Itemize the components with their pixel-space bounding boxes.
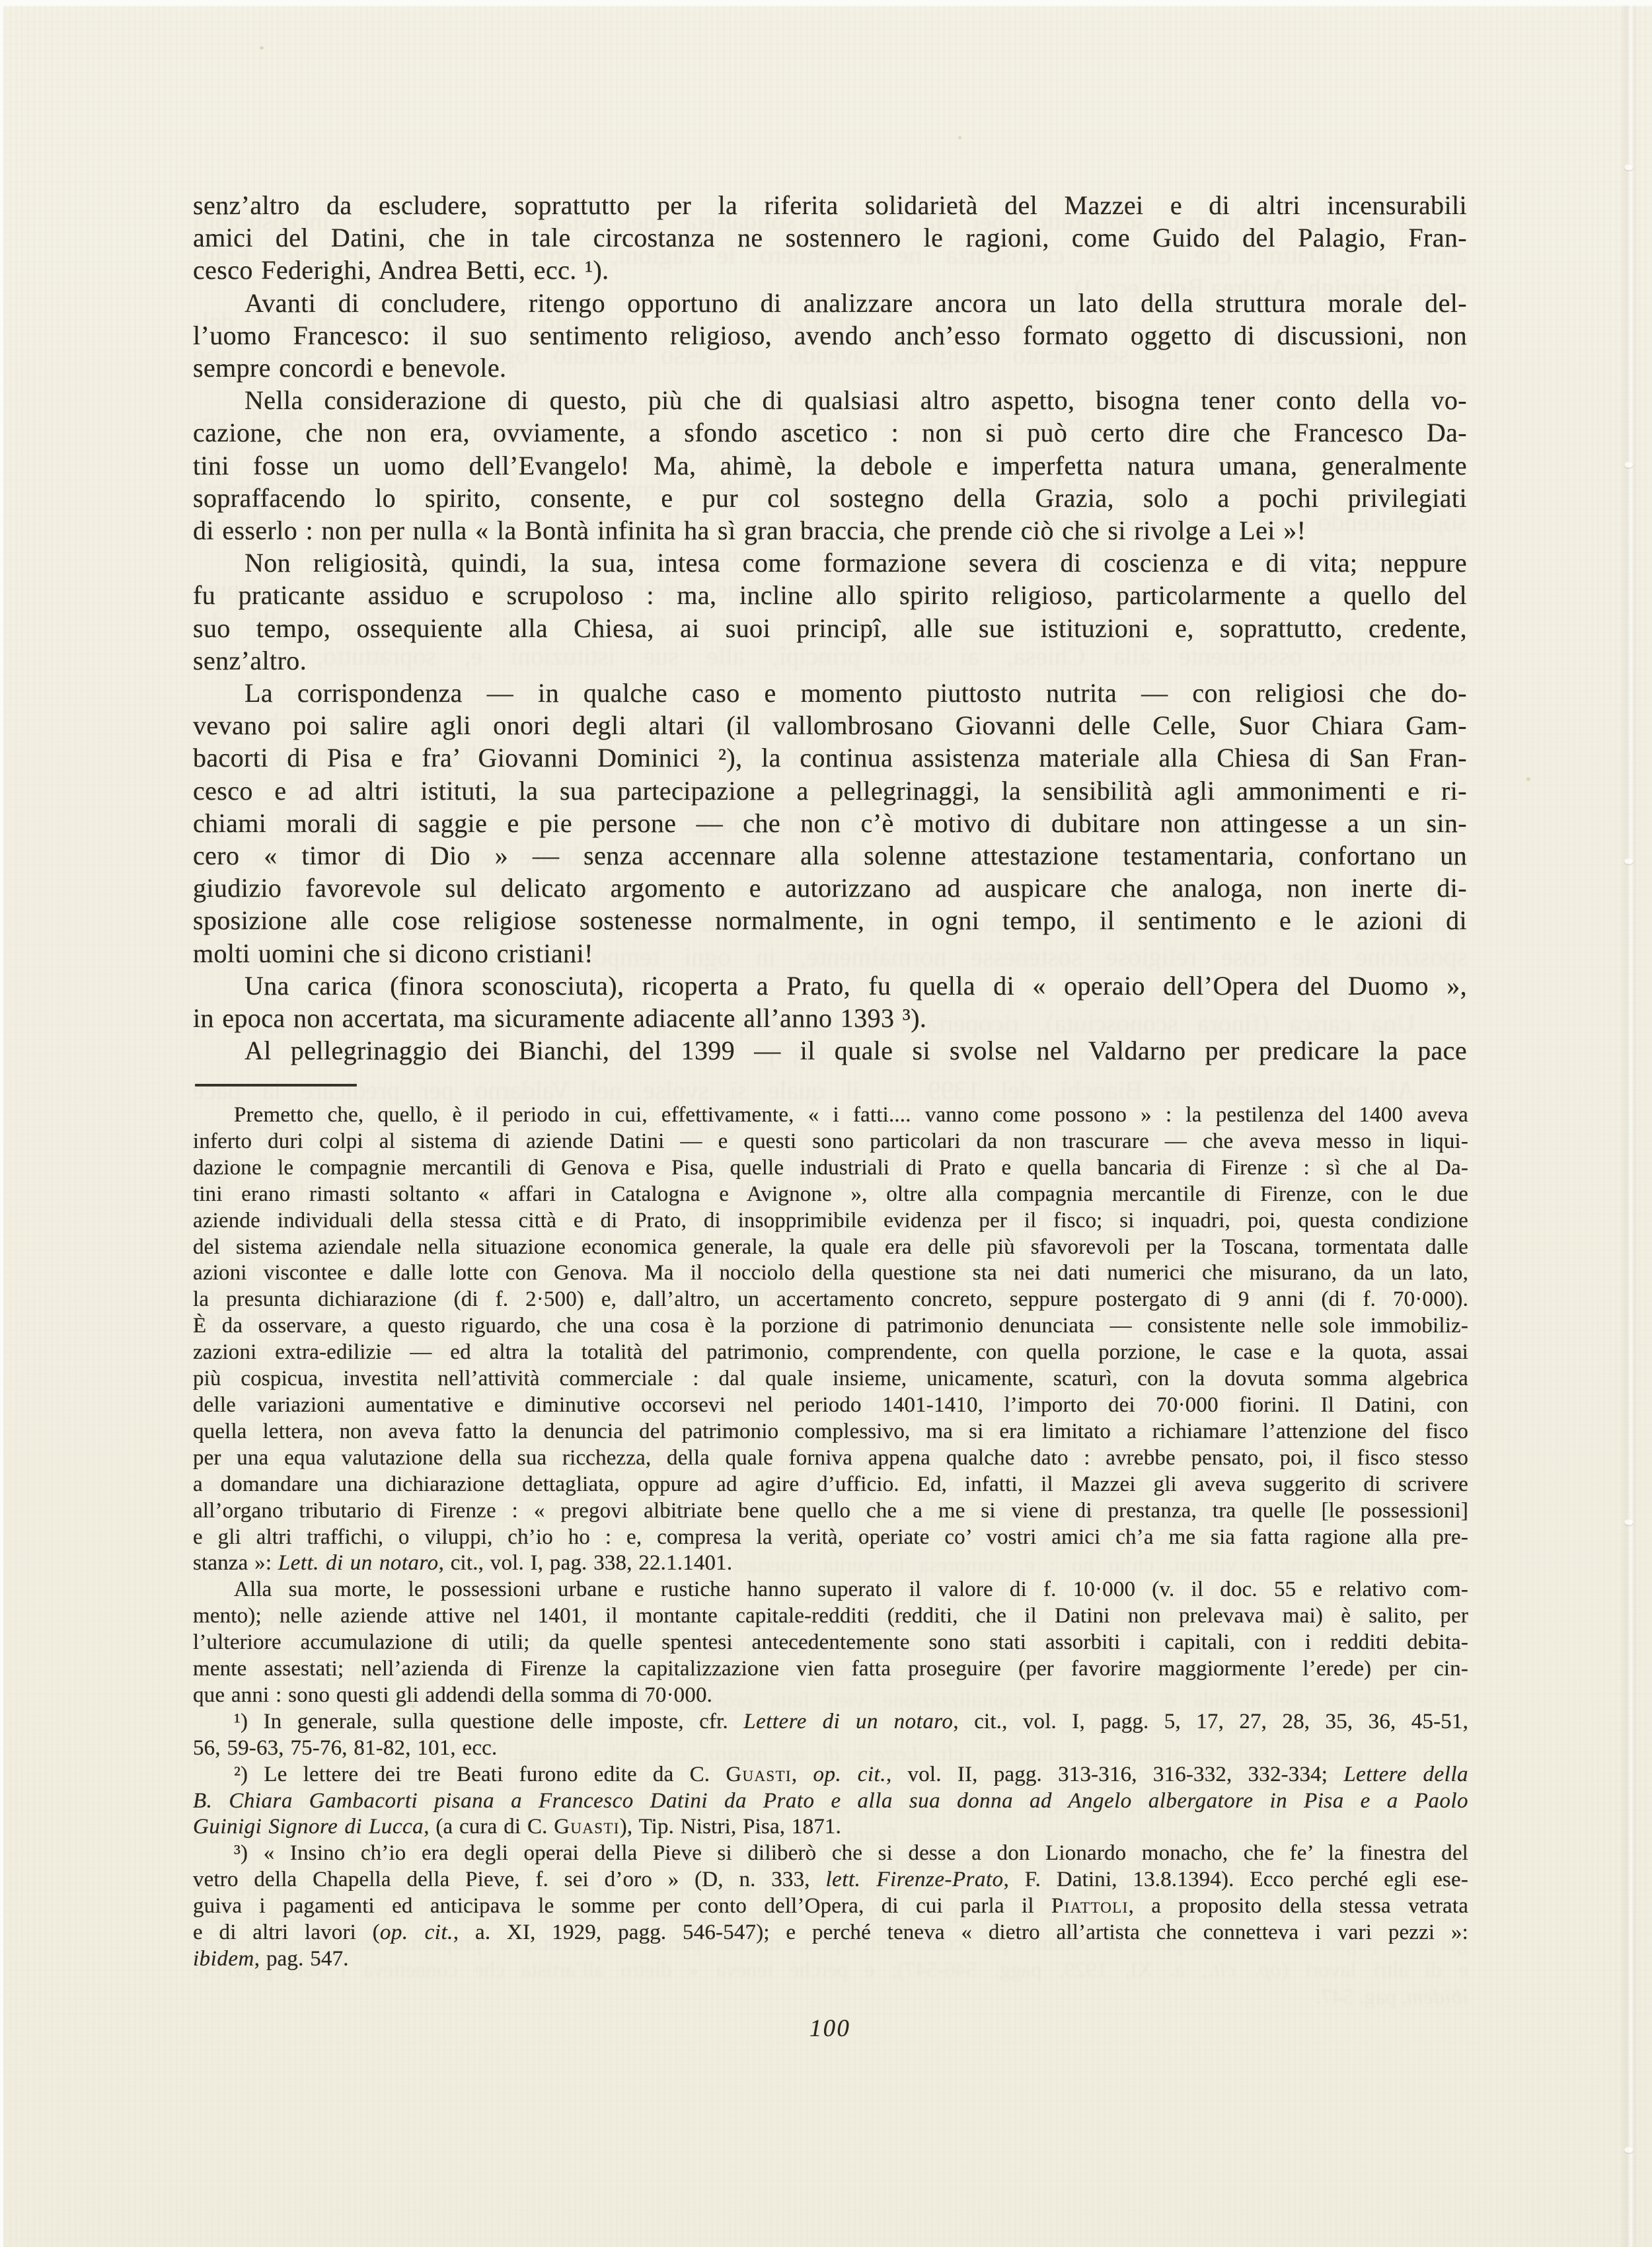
paragraph: La corrispondenza — in qualche caso e mo… [193, 677, 1467, 970]
text-line: mente assestati; nell’azienda di Firenze… [193, 1656, 1468, 1683]
text-line: la presunta dichiarazione (di f. 2·500) … [193, 1287, 1468, 1313]
paragraph: Nella considerazione di questo, più che … [193, 384, 1467, 547]
text-line: vetro della Chapella della Pieve, f. sei… [193, 1867, 1468, 1893]
text-line: zazioni extra-edilizie — ed altra la tot… [193, 1340, 1468, 1366]
text-line: cesco e ad altri istituti, la sua partec… [193, 775, 1467, 807]
text-line: senz’altro da escludere, soprattutto per… [193, 189, 1467, 221]
text-line: senz’altro. [193, 644, 1467, 677]
book-page: senz’altro da escludere, soprattutto per… [3, 5, 1652, 2247]
text-line: a domandare una dichiarazione dettagliat… [193, 1472, 1468, 1498]
paragraph: Una carica (finora sconosciuta), ricoper… [193, 970, 1467, 1034]
foxing-speck [412, 1705, 414, 1708]
text-line: ibidem, pag. 547. [193, 1946, 1468, 1973]
text-line: e gli altri traffichi, o viluppi, ch’io … [193, 1525, 1468, 1551]
paragraph: Al pellegrinaggio dei Bianchi, del 1399 … [193, 1034, 1467, 1067]
text-line: ³) « Insino ch’io era degli operai della… [193, 1841, 1468, 1867]
text-line: suo tempo, ossequiente alla Chiesa, ai s… [193, 612, 1467, 644]
text-line: chiami morali di saggie e pie persone — … [193, 807, 1467, 839]
footnote-block: Alla sua morte, le possessioni urbane e … [193, 1577, 1468, 1709]
text-line: 56, 59-63, 75-76, 81-82, 101, ecc. [193, 1735, 1468, 1762]
main-text-column: senz’altro da escludere, soprattutto per… [193, 189, 1467, 1067]
text-line: Guinigi Signore di Lucca, (a cura di C. … [193, 1814, 1468, 1841]
text-line: dazione le compagnie mercantili di Genov… [193, 1155, 1468, 1182]
stitch-mark [1624, 164, 1633, 171]
text-line: B. Chiara Gambacorti pisana a Francesco … [193, 1788, 1468, 1815]
text-line: vevano poi salire agli onori degli altar… [193, 709, 1467, 742]
text-line: ¹) In generale, sulla questione delle im… [193, 1709, 1468, 1735]
text-line: in epoca non accertata, ma sicuramente a… [193, 1002, 1467, 1034]
paragraph: Non religiosità, quindi, la sua, intesa … [193, 547, 1467, 677]
text-line: Una carica (finora sconosciuta), ricoper… [193, 970, 1467, 1002]
text-line: La corrispondenza — in qualche caso e mo… [193, 677, 1467, 709]
stitch-mark [1624, 858, 1633, 864]
text-line: giudizio favorevole sul delicato argomen… [193, 872, 1467, 904]
text-line: all’organo tributario di Firenze : « pre… [193, 1498, 1468, 1525]
text-line: per una equa valutazione della sua ricch… [193, 1445, 1468, 1472]
text-line: l’ulteriore accumulazione di utili; da q… [193, 1630, 1468, 1656]
footnote-block: ³) « Insino ch’io era degli operai della… [193, 1841, 1468, 1973]
footnotes-section: Premetto che, quello, è il periodo in cu… [193, 1102, 1468, 1973]
text-line: del sistema aziendale nella situazione e… [193, 1235, 1468, 1261]
stitch-mark [1624, 2147, 1633, 2153]
page-number: 100 [193, 2014, 1467, 2043]
text-line: ²) Le lettere dei tre Beati furono edite… [193, 1762, 1468, 1788]
text-line: Non religiosità, quindi, la sua, intesa … [193, 547, 1467, 579]
binding-crease [1620, 5, 1637, 2247]
text-line: inferto duri colpi al sistema di aziende… [193, 1129, 1468, 1155]
text-line: e di altri lavori (op. cit., a. XI, 1929… [193, 1920, 1468, 1946]
text-line: sempre concordi e benevole. [193, 352, 1467, 384]
paragraph: Avanti di concludere, ritengo opportuno … [193, 287, 1467, 385]
text-line: sopraffacendo lo spirito, consente, e pu… [193, 482, 1467, 514]
foxing-speck [260, 46, 264, 50]
text-line: mento); nelle aziende attive nel 1401, i… [193, 1603, 1468, 1630]
text-line: azioni viscontee e dalle lotte con Genov… [193, 1260, 1468, 1287]
text-line: Nella considerazione di questo, più che … [193, 384, 1467, 416]
text-line: Al pellegrinaggio dei Bianchi, del 1399 … [193, 1034, 1467, 1067]
footnote-block: ²) Le lettere dei tre Beati furono edite… [193, 1762, 1468, 1841]
text-line: quella lettera, non aveva fatto la denun… [193, 1419, 1468, 1445]
text-line: tini fosse un uomo dell’Evangelo! Ma, ah… [193, 449, 1467, 482]
text-line: que anni : sono questi gli addendi della… [193, 1683, 1468, 1709]
footnote-block: ¹) In generale, sulla questione delle im… [193, 1709, 1468, 1762]
text-line: cero « timor di Dio » — senza accennare … [193, 839, 1467, 872]
text-line: di esserlo : non per nulla « la Bontà in… [193, 514, 1467, 547]
text-line: stanza »: Lett. di un notaro, cit., vol.… [193, 1550, 1468, 1577]
text-line: fu praticante assiduo e scrupoloso : ma,… [193, 579, 1467, 611]
text-line: aziende individuali della stessa città e… [193, 1208, 1468, 1235]
text-line: più cospicua, investita nell’attività co… [193, 1366, 1468, 1392]
text-line: amici del Datini, che in tale circostanz… [193, 221, 1467, 254]
text-line: cazione, che non era, ovviamente, a sfon… [193, 416, 1467, 449]
text-line: cesco Federighi, Andrea Betti, ecc. ¹). [193, 254, 1467, 286]
text-line: Premetto che, quello, è il periodo in cu… [193, 1102, 1468, 1129]
stitch-mark [1624, 461, 1633, 468]
footnote-separator-rule [195, 1084, 357, 1086]
text-line: bacorti di Pisa e fra’ Giovanni Dominici… [193, 742, 1467, 774]
text-line: Avanti di concludere, ritengo opportuno … [193, 287, 1467, 319]
text-line: delle variazioni aumentative e diminutiv… [193, 1392, 1468, 1419]
foxing-speck [1526, 777, 1530, 781]
paragraph: senz’altro da escludere, soprattutto per… [193, 189, 1467, 287]
text-line: tini erano rimasti soltanto « affari in … [193, 1182, 1468, 1208]
footnote-block: Premetto che, quello, è il periodo in cu… [193, 1102, 1468, 1577]
text-line: guiva i pagamenti ed anticipava le somme… [193, 1893, 1468, 1920]
stitch-mark [1624, 1519, 1633, 1525]
text-line: sposizione alle cose religiose sosteness… [193, 904, 1467, 936]
text-line: Alla sua morte, le possessioni urbane e … [193, 1577, 1468, 1603]
foxing-speck [958, 136, 961, 139]
text-line: È da osservare, a questo riguardo, che u… [193, 1313, 1468, 1340]
text-line: l’uomo Francesco: il suo sentimento reli… [193, 319, 1467, 352]
text-line: molti uomini che si dicono cristiani! [193, 937, 1467, 970]
